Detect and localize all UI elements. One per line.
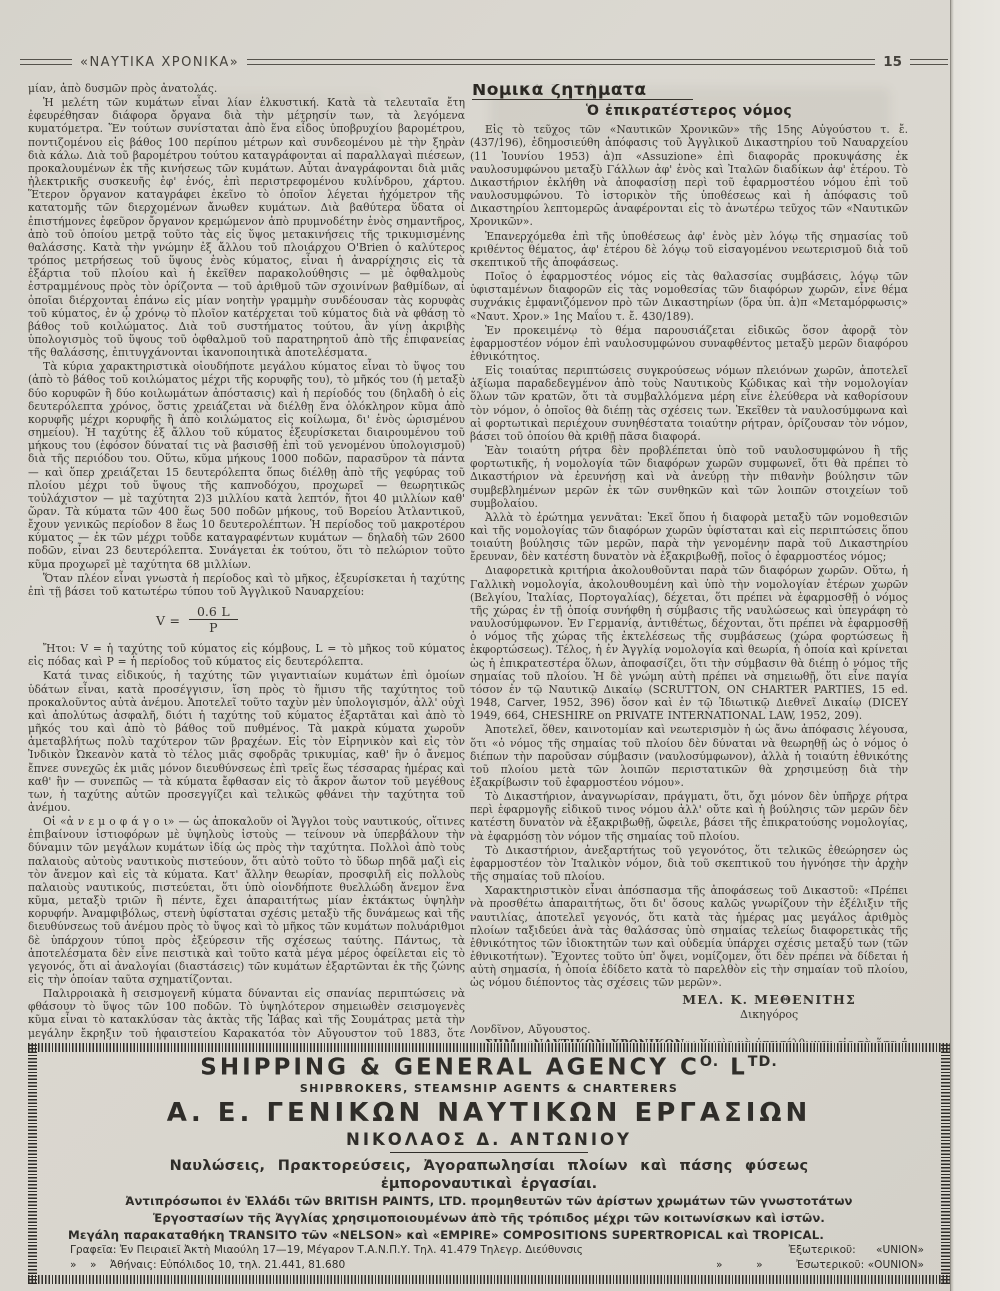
paragraph: Διαφορετικὰ κριτήρια ἀκολουθοῦνται παρὰ … [470,564,908,722]
page-header: «ΝΑΥΤΙΚΑ ΧΡΟΝΙΚΑ» 15 [20,54,948,70]
paragraph: Παλιρροιακὰ ἢ σεισμογενῆ κύματα δύνανται… [28,987,465,1040]
article-title: Ὁ ἐπικρατέστερος νόμος [470,105,908,118]
dateline: Λονδῖνον, Αὔγουστος. [470,1023,908,1036]
paragraph: Ἀποτελεῖ, ὅθεν, καινοτομίαν καὶ νεωτερισ… [470,723,908,789]
ad-title-sup: O. [700,1054,719,1070]
paragraph: Ἐὰν τοιαύτη ρήτρα δὲν προβλέπεται ὑπὸ το… [470,444,908,510]
ad-company-name-en: SHIPPING & GENERAL AGENCY CO. LTD. [200,1054,778,1081]
ad-representation-line2: Ἐργοστασίων τῆς Ἀγγλίας χρησιμοποιουμένω… [153,1211,825,1225]
paragraph: Ἤτοι: V = ἡ ταχύτης τοῦ κύματος εἰς κόμβ… [28,642,465,668]
editor-note: ΣΗΜ. «ΝΑΥΤΙΚΩΝ ΧΡΟΝΙΚΩΝ»:Χωρὶς νὰ ὑπεισέ… [470,1037,908,1042]
author-name: ΜΕΛ. Κ. ΜΕΘΕΝΙΤΗΣ [682,993,856,1006]
editor-note-label: ΣΗΜ. «ΝΑΥΤΙΚΩΝ ΧΡΟΝΙΚΩΝ»: [485,1037,697,1042]
header-rule-center [247,59,875,65]
paragraph: Κατά τινας εἰδικούς, ἡ ταχύτης τῶν γιγαν… [28,669,465,814]
paragraph: Ἐπανερχόμεθα ἐπὶ τῆς ὑποθέσεως ἀφ' ἑνὸς … [470,230,908,269]
ad-border-right [941,1043,950,1284]
right-column-legal-article: Νομικὰ ζητήματα Ὁ ἐπικρατέστερος νόμος Ε… [470,84,908,1042]
ad-contact-telegraph: Ἐξωτερικοῦ: «UNION» [789,1244,924,1256]
formula-numerator: 0.6 L [189,605,238,620]
paragraph: Ἐν προκειμένῳ τὸ θέμα παρουσιάζεται εἰδι… [470,324,908,363]
admiralty-speed-formula: V = 0.6 L P [156,603,465,637]
paragraph: Ὅταν πλέον εἶναι γνωστὰ ἡ περίοδος καὶ τ… [28,572,465,598]
ad-title-part: L [719,1055,748,1081]
masthead-title: «ΝΑΥΤΙΚΑ ΧΡΟΝΙΚΑ» [80,55,239,70]
paragraph: Ἀλλὰ τὸ ἐρώτημα γεννᾶται: Ἐκεῖ ὅπου ἡ δι… [470,511,908,564]
section-title: Νομικὰ ζητήματα [472,84,693,100]
header-rule-left [20,59,72,65]
header-rule-right [910,59,948,65]
ad-border-top [28,1043,950,1052]
advertisement-shipping-agency: SHIPPING & GENERAL AGENCY CO. LTD. SHIPB… [28,1043,950,1284]
ad-contact-line-athens: » » Ἀθήναις: Εὐπόλιδος 10, τηλ. 21.441, … [40,1259,938,1271]
paragraph: Ποῖος ὁ ἐφαρμοστέος νόμος εἰς τὰς θαλασσ… [470,270,908,323]
ad-services-line1: Ναυλώσεις, Πρακτορεύσεις, Ἀγοραπωλησίαι … [170,1158,809,1174]
ad-contact-line-piraeus: Γραφεῖα: Ἐν Πειραιεῖ Ἀκτὴ Μιαούλη 17—19,… [40,1244,938,1256]
paragraph: Εἰς τοιαύτας περιπτώσεις συγκρούσεως νόμ… [470,364,908,443]
ad-contact-address: Γραφεῖα: Ἐν Πειραιεῖ Ἀκτὴ Μιαούλη 17—19,… [70,1244,583,1256]
ad-contact-telegraph: » » Ἐσωτερικοῦ: «OUNION» [716,1259,924,1271]
formula-denominator: P [209,620,217,635]
ad-title-part: SHIPPING & GENERAL AGENCY C [200,1055,700,1081]
paragraph: Τὸ Δικαστήριον, ἀνεξαρτήτως τοῦ γεγονότο… [470,844,908,883]
author-role: Δικηγόρος [682,1008,856,1021]
ad-border-left [28,1043,37,1284]
ad-stock-line: Μεγάλη παρακαταθήκη TRANSITO τῶν «NELSON… [40,1228,824,1242]
formula-lhs: V = [156,614,180,627]
ad-representation-line1: Ἀντιπρόσωποι ἐν Ἑλλάδι τῶν BRITISH PAINT… [125,1194,852,1208]
ad-owner-name: ΝΙΚΟΛΑΟΣ Δ. ΑΝΤΩΝΙΟΥ [346,1130,632,1149]
formula-fraction: 0.6 L P [189,605,238,636]
ad-content: SHIPPING & GENERAL AGENCY CO. LTD. SHIPB… [40,1052,938,1275]
ad-border-bottom [28,1275,950,1284]
page-edge [950,0,1000,1291]
ad-owner-underline [390,1152,588,1153]
paragraph: Οἱ «ἀ ν ε μ ο φ ά γ ο ι» — ὡς ἀποκαλοῦν … [28,815,465,986]
left-column-waves-article: μίαν, ἀπὸ δυσμῶν πρὸς ἀνατολάς. Ἡ μελέτη… [28,82,465,1040]
paragraph: Τὸ Δικαστήριον, ἀναγνωρίσαν, πράγματι, ὅ… [470,790,908,843]
ad-contact-address: » » Ἀθήναις: Εὐπόλιδος 10, τηλ. 21.441, … [70,1259,345,1271]
page-number: 15 [883,54,902,70]
paragraph: Χαρακτηριστικὸν εἶναι ἀπόσπασμα τῆς ἀποφ… [470,884,908,989]
ad-company-name-gr: Α. Ε. ΓΕΝΙΚΩΝ ΝΑΥΤΙΚΩΝ ΕΡΓΑΣΙΩΝ [167,1098,812,1128]
paragraph: Ἡ μελέτη τῶν κυμάτων εἶναι λίαν ἑλκυστικ… [28,96,465,359]
author-signature: ΜΕΛ. Κ. ΜΕΘΕΝΙΤΗΣ Δικηγόρος [682,993,856,1020]
paragraph: Τὰ κύρια χαρακτηριστικὰ οἱουδήποτε μεγάλ… [28,360,465,571]
paragraph: Εἰς τὸ τεῦχος τῶν «Ναυτικῶν Χρονικῶν» τῆ… [470,123,908,228]
ad-title-sup: TD. [748,1054,778,1070]
paragraph: μίαν, ἀπὸ δυσμῶν πρὸς ἀνατολάς. [28,82,465,95]
ad-subtitle-en: SHIPBROKERS, STEAMSHIP AGENTS & CHARTERE… [300,1082,678,1095]
ad-services-line2: ἐμποροναυτικαὶ ἐργασίαι. [381,1176,597,1192]
magazine-page-scan: «ΝΑΥΤΙΚΑ ΧΡΟΝΙΚΑ» 15 μίαν, ἀπὸ δυσμῶν πρ… [0,0,1000,1291]
